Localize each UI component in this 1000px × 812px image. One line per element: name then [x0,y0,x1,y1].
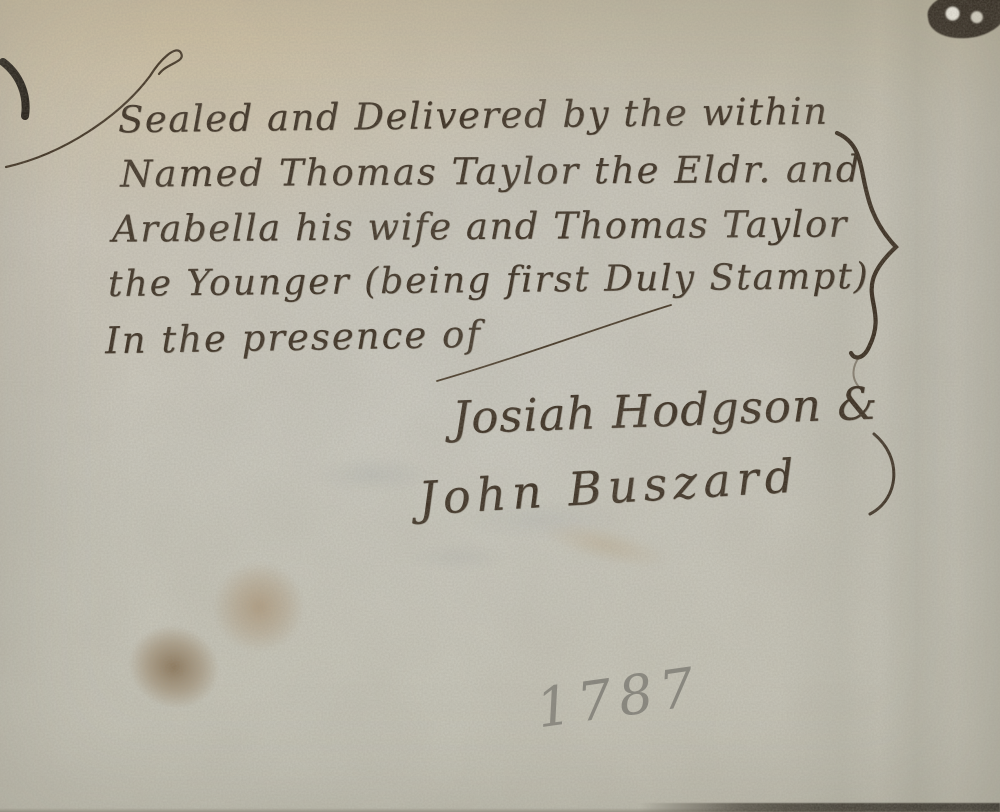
attestation-line-3: Arabella his wife and Thomas Taylor [112,202,848,250]
photo-edge-bottom [0,808,1000,812]
attestation-line-2: Named Thomas Taylor the Eldr. and [120,147,862,195]
manuscript-photo: Sealed and Delivered by the within Named… [0,0,1000,812]
attestation-line-4: the Younger (being first Duly Stampt) [108,256,870,305]
attestation-line-1: Sealed and Delivered by the within [118,90,829,142]
attestation-line-5: In the presence of [105,313,483,363]
